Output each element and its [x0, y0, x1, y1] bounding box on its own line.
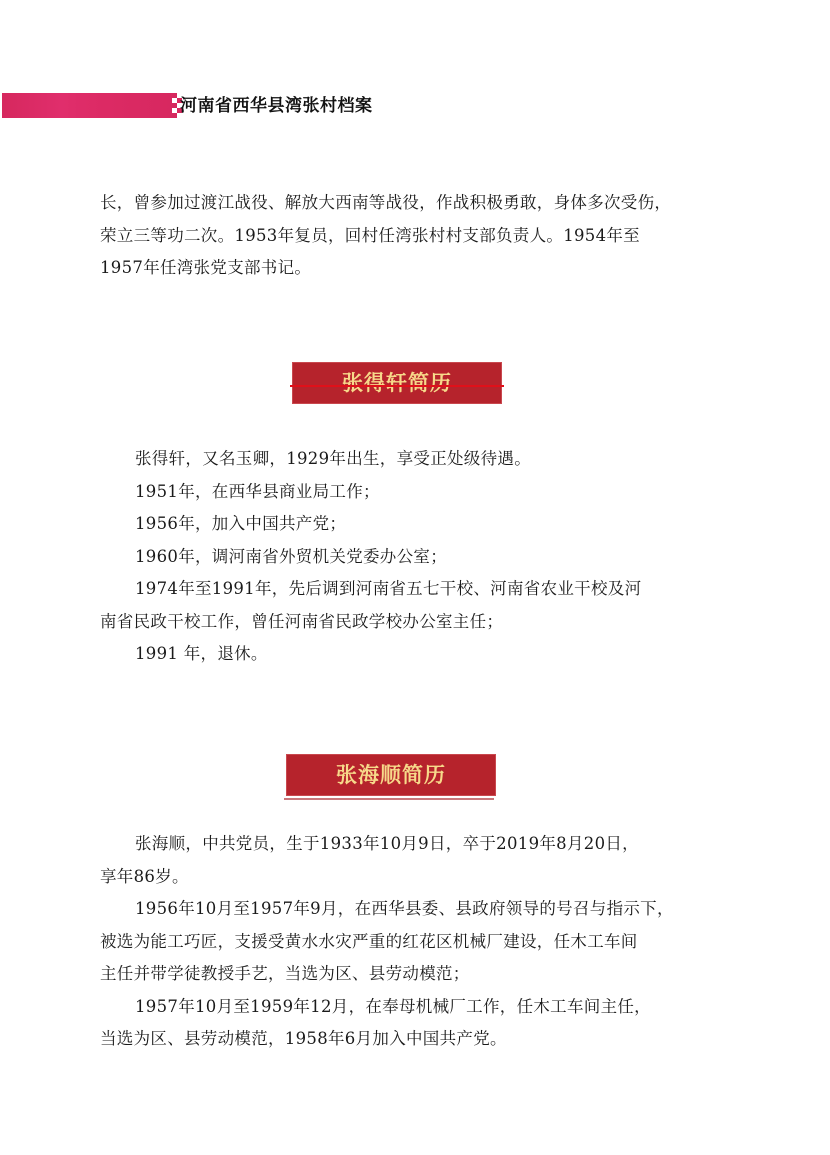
text-line: 张得轩，又名玉卿，1929年出生，享受正处级待遇。 [100, 443, 700, 476]
text-line: 张海顺，中共党员，生于1933年10月9日，卒于2019年8月20日， [100, 828, 700, 861]
text-line: 长，曾参加过渡江战役、解放大西南等战役，作战积极勇敢，身体多次受伤， [100, 187, 700, 220]
text-line: 1991 年，退休。 [100, 638, 700, 671]
text-line: 1957年10月至1959年12月，在奉母机械厂工作，任木工车间主任， [100, 991, 700, 1024]
banner-underline [284, 798, 494, 800]
text-line: 1951年，在西华县商业局工作； [100, 476, 700, 509]
text-line: 1960年，调河南省外贸机关党委办公室； [100, 541, 700, 574]
header-accent-bar [2, 93, 172, 118]
continuation-paragraph: 长，曾参加过渡江战役、解放大西南等战役，作战积极勇敢，身体多次受伤， 荣立三等功… [100, 187, 700, 285]
banner-strike-line [290, 385, 504, 387]
text-line: 被选为能工巧匠，支援受黄水水灾严重的红花区机械厂建设，任木工车间 [100, 926, 700, 959]
text-line: 荣立三等功二次。1953年复员，回村任湾张村村支部负责人。1954年至 [100, 220, 700, 253]
text-line: 当选为区、县劳动模范，1958年6月加入中国共产党。 [100, 1023, 700, 1056]
text-line: 主任并带学徒教授手艺，当选为区、县劳动模范； [100, 958, 700, 991]
section-title: 张得轩简历 [342, 371, 452, 395]
section-body-zhang-dexuan: 张得轩，又名玉卿，1929年出生，享受正处级待遇。 1951年，在西华县商业局工… [100, 443, 700, 671]
text-line: 1974年至1991年，先后调到河南省五七干校、河南省农业干校及河 [100, 573, 700, 606]
section-banner-zhang-dexuan: 张得轩简历 [292, 362, 502, 404]
section-title: 张海顺简历 [336, 763, 446, 787]
text-line: 1956年，加入中国共产党； [100, 508, 700, 541]
section-banner-zhang-haishun: 张海顺简历 [286, 754, 496, 796]
section-body-zhang-haishun: 张海顺，中共党员，生于1933年10月9日，卒于2019年8月20日， 享年86… [100, 828, 700, 1056]
text-line: 1957年任湾张党支部书记。 [100, 252, 700, 285]
text-line: 1956年10月至1957年9月，在西华县委、县政府领导的号召与指示下， [100, 893, 700, 926]
text-line: 享年86岁。 [100, 861, 700, 894]
text-line: 南省民政干校工作，曾任河南省民政学校办公室主任； [100, 606, 700, 639]
archive-title: 河南省西华县湾张村档案 [180, 94, 373, 118]
